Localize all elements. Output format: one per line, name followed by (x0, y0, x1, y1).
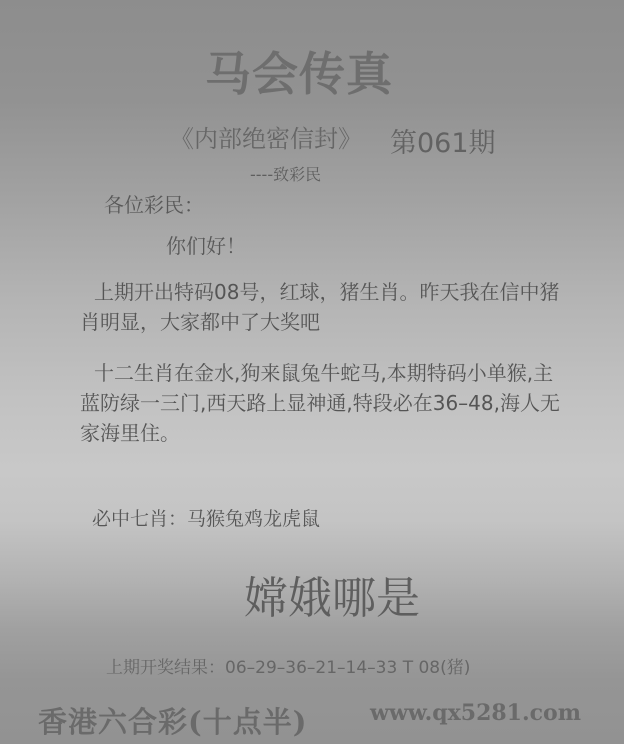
addressee-line: ----致彩民 (250, 162, 321, 185)
footer-brand: 香港六合彩(十点半) (38, 700, 307, 741)
paragraph-last-result: 上期开出特码08号，红球，猪生肖。昨天我在信中猪肖明显，大家都中了大奖吧 (80, 277, 570, 337)
paragraph-1-text: 上期开出特码08号，红球，猪生肖。昨天我在信中猪肖明显，大家都中了大奖吧 (80, 280, 559, 334)
footer-url: www.qx5281.com (370, 700, 581, 726)
last-draw-result: 上期开奖结果：06–29–36–21–14–33 T 08(猪) (106, 653, 470, 678)
paragraph-2-text: 十二生肖在金水,狗来鼠兔牛蛇马,本期特码小单猴,主蓝防绿一三门,西天路上显神通,… (80, 361, 560, 445)
issue-number: 第061期 (390, 121, 496, 160)
riddle-text: 嫦娥哪是 (244, 562, 420, 626)
salutation: 各位彩民： (104, 189, 204, 218)
paragraph-prediction-poem: 十二生肖在金水,狗来鼠兔牛蛇马,本期特码小单猴,主蓝防绿一三门,西天路上显神通,… (80, 358, 570, 448)
hello-text: 你们好！ (166, 230, 246, 259)
page-title: 马会传真 (205, 38, 393, 104)
seven-zodiacs: 必中七肖：马猴兔鸡龙虎鼠 (92, 504, 320, 531)
subtitle: 《内部绝密信封》 (170, 119, 362, 154)
